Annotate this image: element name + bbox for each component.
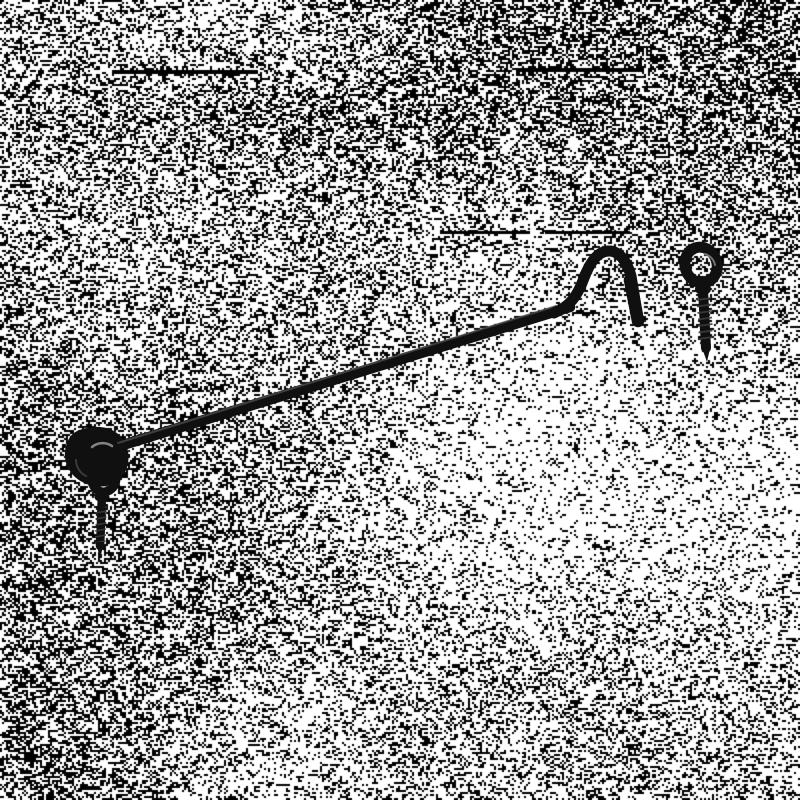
hook-tip [630, 280, 638, 321]
cabin-hook [65, 251, 638, 559]
hook-rod [110, 307, 570, 449]
screw-eye [680, 243, 722, 362]
screw-eye-tip [701, 344, 711, 362]
left-screw-shank [100, 496, 102, 546]
product-photo [0, 0, 800, 800]
cabin-hook-product-image [0, 0, 800, 800]
left-screw-tip [96, 542, 104, 559]
hook-rod-sheen [118, 306, 556, 443]
